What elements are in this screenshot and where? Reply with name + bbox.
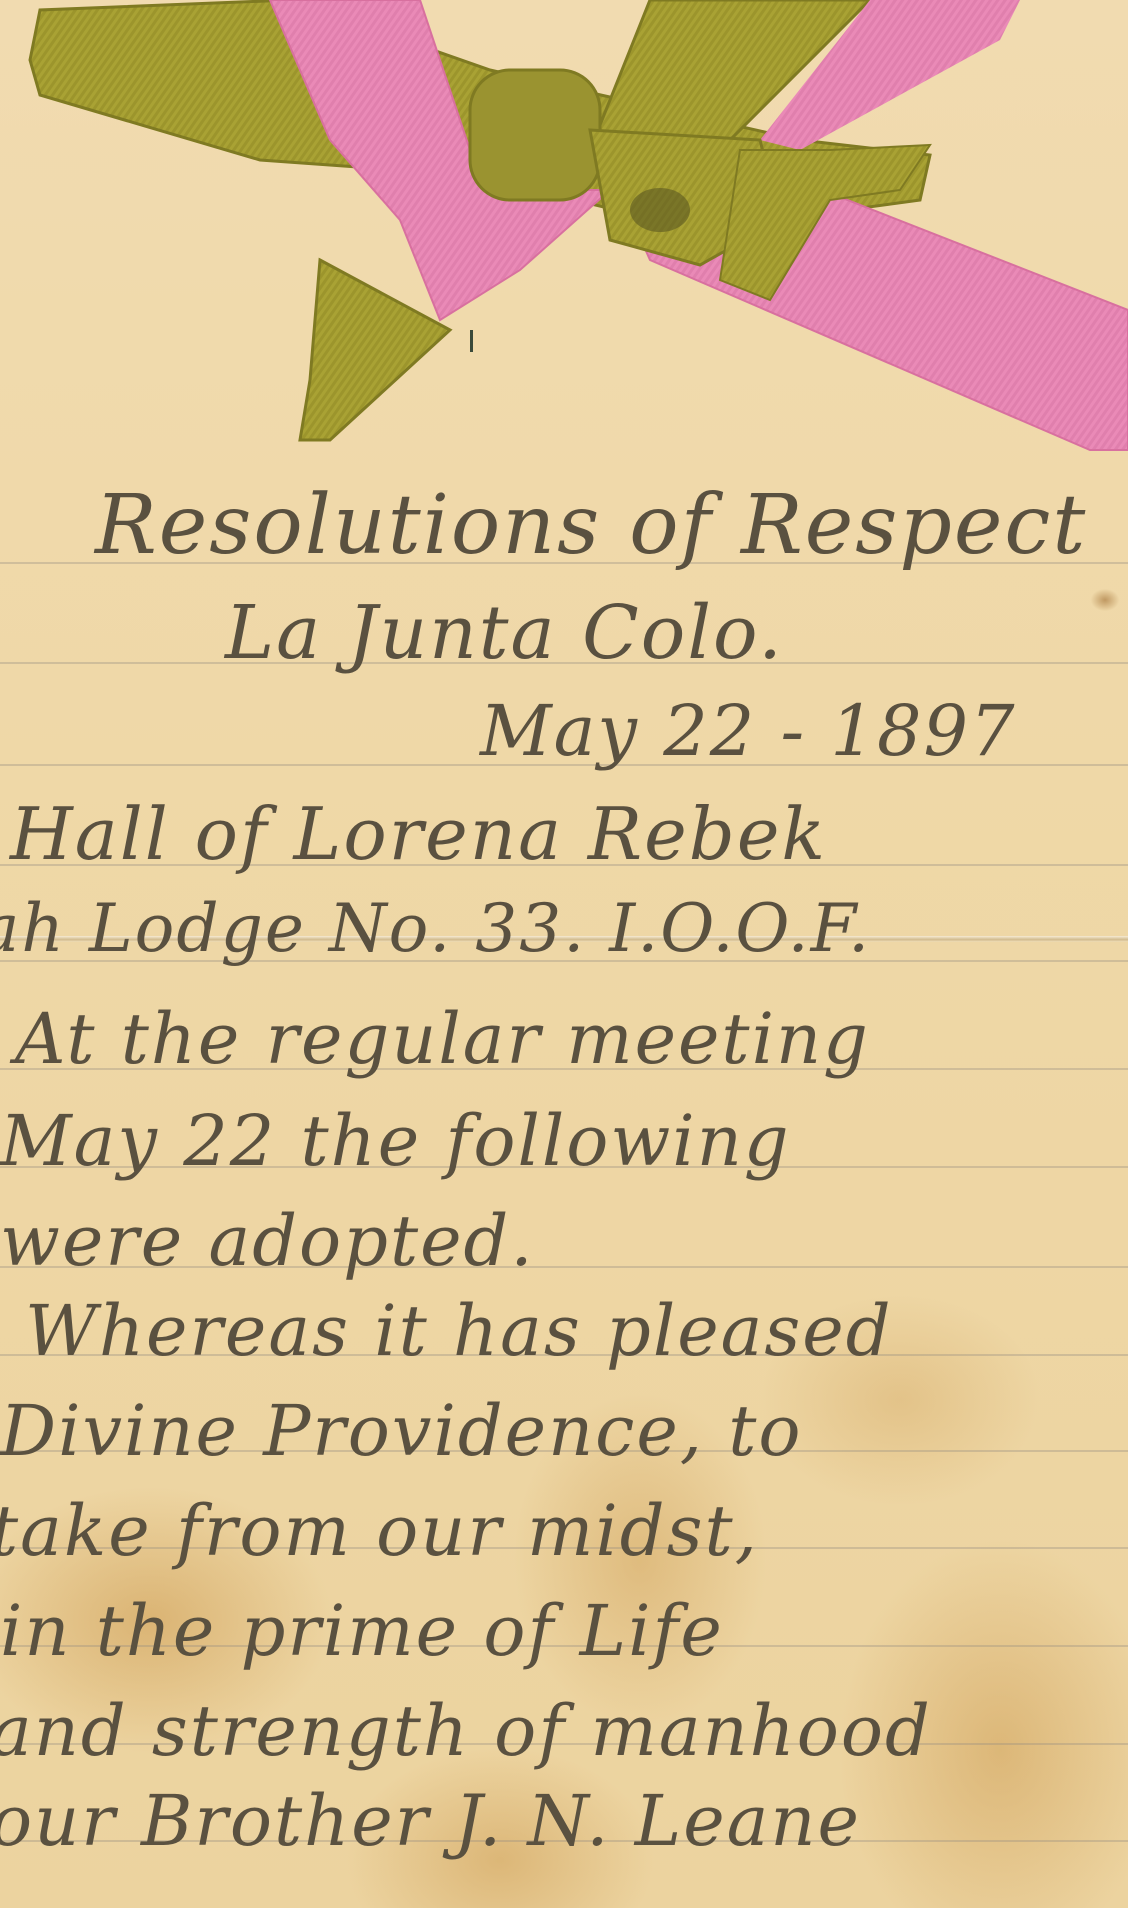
ribbon-bow-icon	[0, 0, 1128, 460]
document-title: Resolutions of Respect	[95, 478, 1087, 573]
letter-page: Resolutions of Respect La Junta Colo. Ma…	[0, 0, 1128, 1908]
text-line: our Brother J. N. Leane	[0, 1780, 861, 1862]
text-line: Hall of Lorena Rebek	[10, 792, 827, 876]
text-line: ah Lodge No. 33. I.O.O.F.	[0, 890, 871, 967]
document-date: May 22 - 1897	[480, 690, 1017, 772]
text-line: in the prime of Life	[0, 1590, 724, 1672]
text-line: were adopted.	[0, 1200, 535, 1282]
text-line: Divine Providence, to	[0, 1390, 803, 1472]
text-line: May 22 the following	[0, 1100, 791, 1182]
text-line: take from our midst,	[0, 1490, 759, 1572]
text-line: Whereas it has pleased	[25, 1290, 893, 1372]
text-line: and strength of manhood	[0, 1690, 932, 1772]
document-place: La Junta Colo.	[225, 590, 784, 676]
text-line: At the regular meeting	[15, 998, 870, 1080]
